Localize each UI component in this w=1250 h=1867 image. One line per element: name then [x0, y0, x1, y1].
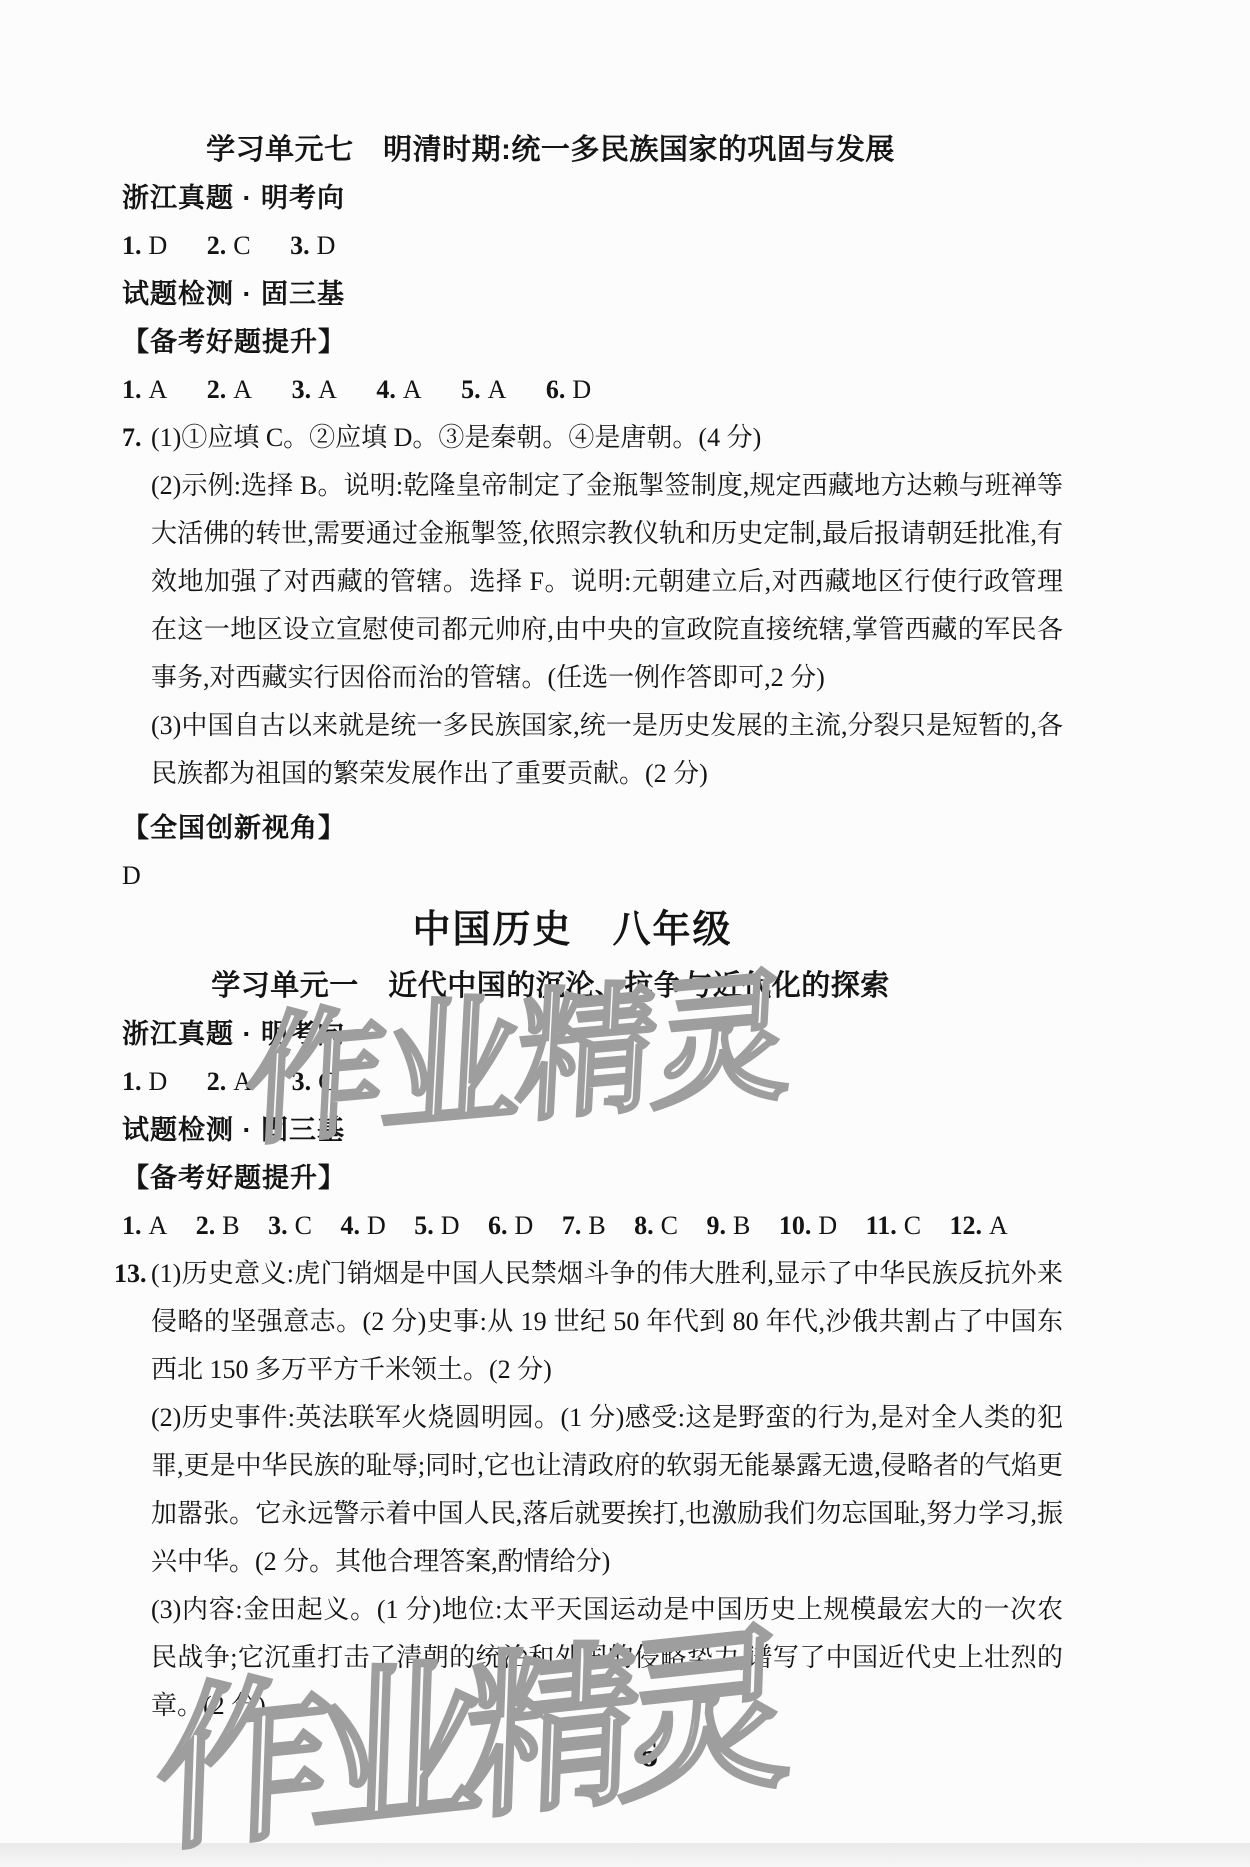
- solution-line: 兴中华。(2 分。其他合理答案,酌情给分): [151, 1538, 1063, 1586]
- answer-letter: A: [233, 375, 252, 404]
- question-13-solution: 13. (1)历史意义:虎门销烟是中国人民禁烟斗争的伟大胜利,显示了中华民族反抗…: [122, 1250, 1063, 1730]
- answer-number: 3.: [268, 1211, 288, 1240]
- beikao-answer-row-g7: 1.A 2.A 3.A 4.A 5.A 6.D: [122, 366, 1063, 414]
- answer-number: 7.: [562, 1211, 582, 1240]
- grade8-section: 中国历史 八年级 学习单元一 近代中国的沉沦、抗争与近代化的探索 浙江真题 · …: [122, 904, 1063, 1730]
- answer-number: 12.: [950, 1211, 983, 1240]
- answer-letter: B: [222, 1211, 239, 1240]
- solution-line: 在这一地区设立宣慰使司都元帅府,由中央的宣政院直接统辖,掌管西藏的军民各项: [151, 606, 1063, 654]
- answer-item: 2.A: [207, 366, 252, 414]
- jiance-header-g8: 试题检测 · 固三基: [122, 1106, 1063, 1154]
- beikao-header-g7: 【备考好题提升】: [122, 318, 1063, 366]
- answer-number: 9.: [707, 1211, 727, 1240]
- answer-number: 1.: [122, 1067, 142, 1096]
- answer-number: 1.: [122, 375, 142, 404]
- answer-item: 12.A: [950, 1202, 1008, 1250]
- answer-item: 2.C: [207, 222, 251, 270]
- solution-line: 效地加强了对西藏的管辖。选择 F。说明:元朝建立后,对西藏地区行使行政管理权,: [151, 558, 1063, 606]
- answer-item: 4.D: [340, 1202, 385, 1250]
- answer-number: 11.: [866, 1211, 897, 1240]
- answer-item: 6.D: [546, 366, 591, 414]
- answer-letter: D: [367, 1211, 386, 1240]
- answer-letter: D: [818, 1211, 837, 1240]
- solution-line: 章。(2 分): [151, 1682, 1063, 1730]
- solution-line: 西北 150 多万平方千米领土。(2 分): [151, 1346, 1063, 1394]
- chuangxin-header-g7: 【全国创新视角】: [122, 804, 1063, 852]
- answer-number: 4.: [340, 1211, 360, 1240]
- solution-line: 民族都为祖国的繁荣发展作出了重要贡献。(2 分): [151, 750, 1063, 798]
- answer-letter: B: [588, 1211, 605, 1240]
- answer-item: 8.C: [634, 1202, 678, 1250]
- answer-item: 3.A: [292, 366, 337, 414]
- solution-line: 事务,对西藏实行因俗而治的管辖。(任选一例作答即可,2 分): [151, 654, 1063, 702]
- answer-item: 1.A: [122, 1202, 167, 1250]
- unit7-title: 学习单元七 明清时期:统一多民族国家的巩固与发展: [80, 126, 1021, 174]
- answer-item: 1.A: [122, 366, 167, 414]
- answer-letter: B: [733, 1211, 750, 1240]
- answer-key-page: 学习单元七 明清时期:统一多民族国家的巩固与发展 浙江真题 · 明考向 1.D …: [0, 0, 1250, 1867]
- answer-number: 4.: [376, 375, 396, 404]
- answer-item: 11.C: [866, 1202, 921, 1250]
- answer-letter: C: [318, 1067, 335, 1096]
- answer-letter: C: [295, 1211, 312, 1240]
- solution-line: 大活佛的转世,需要通过金瓶掣签,依照宗教仪轨和历史定制,最后报请朝廷批准,有: [151, 510, 1063, 558]
- answer-item: 5.A: [461, 366, 506, 414]
- answer-letter: D: [149, 1067, 168, 1096]
- beikao-header-g8: 【备考好题提升】: [122, 1154, 1063, 1202]
- solution-line: 民战争;它沉重打击了清朝的统治和外国的侵略势力,谱写了中国近代史上壮烈的一: [151, 1634, 1063, 1682]
- answer-number: 3.: [290, 231, 310, 260]
- answer-item: 6.D: [488, 1202, 533, 1250]
- answer-number: 5.: [461, 375, 481, 404]
- answer-number: 2.: [207, 1067, 227, 1096]
- answer-item: 1.D: [122, 1058, 167, 1106]
- solution-line: (3)中国自古以来就是统一多民族国家,统一是历史发展的主流,分裂只是短暂的,各: [151, 702, 1063, 750]
- solution-line: 侵略的坚强意志。(2 分)史事:从 19 世纪 50 年代到 80 年代,沙俄共…: [151, 1298, 1063, 1346]
- answer-item: 5.D: [414, 1202, 459, 1250]
- answer-item: 2.A: [207, 1058, 252, 1106]
- solution-line: (3)内容:金田起义。(1 分)地位:太平天国运动是中国历史上规模最宏大的一次农: [151, 1586, 1063, 1634]
- answer-item: 4.A: [376, 366, 421, 414]
- zhenti-header-g7: 浙江真题 · 明考向: [122, 174, 1063, 222]
- zhenti-header-g8: 浙江真题 · 明考向: [122, 1010, 1063, 1058]
- answer-item: 7.B: [562, 1202, 606, 1250]
- answer-number: 1.: [122, 231, 142, 260]
- answer-item: 3.D: [290, 222, 335, 270]
- answer-number: 2.: [207, 231, 227, 260]
- answer-number: 3.: [292, 1067, 312, 1096]
- grade7-section: 学习单元七 明清时期:统一多民族国家的巩固与发展 浙江真题 · 明考向 1.D …: [122, 126, 1063, 900]
- answer-letter: C: [233, 231, 250, 260]
- answer-letter: D: [572, 375, 591, 404]
- answer-number: 3.: [292, 375, 312, 404]
- answer-item: 2.B: [196, 1202, 240, 1250]
- unit1-title: 学习单元一 近代中国的沉沦、抗争与近代化的探索: [80, 962, 1021, 1010]
- answer-letter: C: [661, 1211, 678, 1240]
- page-content: 学习单元七 明清时期:统一多民族国家的巩固与发展 浙江真题 · 明考向 1.D …: [122, 0, 1063, 1778]
- answer-letter: D: [441, 1211, 460, 1240]
- answer-letter: A: [233, 1067, 252, 1096]
- grade8-book-title: 中国历史 八年级: [102, 904, 1043, 956]
- page-bottom-edge: [0, 1843, 1250, 1867]
- answer-item: 3.C: [292, 1058, 336, 1106]
- solution-line: (2)示例:选择 B。说明:乾隆皇帝制定了金瓶掣签制度,规定西藏地方达赖与班禅等: [151, 462, 1063, 510]
- answer-letter: A: [403, 375, 422, 404]
- chuangxin-answer-g7: D: [122, 852, 1063, 900]
- answer-letter: A: [318, 375, 337, 404]
- answer-number: 6.: [546, 375, 566, 404]
- answer-letter: A: [488, 375, 507, 404]
- question-7-solution: 7. (1)①应填 C。②应填 D。③是秦朝。④是唐朝。(4 分) (2)示例:…: [122, 414, 1063, 798]
- solution-line: (1)①应填 C。②应填 D。③是秦朝。④是唐朝。(4 分): [151, 414, 1063, 462]
- answer-number: 8.: [634, 1211, 654, 1240]
- answer-letter: A: [149, 1211, 168, 1240]
- question-number: 7.: [122, 414, 142, 462]
- answer-item: 10.D: [779, 1202, 837, 1250]
- answer-letter: A: [989, 1211, 1008, 1240]
- zhenti-answer-row-g8: 1.D 2.A 3.C: [122, 1058, 1063, 1106]
- answer-letter: D: [515, 1211, 534, 1240]
- question-number: 13.: [114, 1250, 147, 1298]
- jiance-header-g7: 试题检测 · 固三基: [122, 270, 1063, 318]
- answer-item: 3.C: [268, 1202, 312, 1250]
- answer-number: 2.: [196, 1211, 216, 1240]
- answer-number: 10.: [779, 1211, 812, 1240]
- answer-item: 9.B: [707, 1202, 751, 1250]
- answer-letter: A: [149, 375, 168, 404]
- solution-line: 加嚣张。它永远警示着中国人民,落后就要挨打,也激励我们勿忘国耻,努力学习,振: [151, 1490, 1063, 1538]
- answer-number: 1.: [122, 1211, 142, 1240]
- page-number: 6: [178, 1730, 1119, 1778]
- answer-number: 6.: [488, 1211, 508, 1240]
- answer-number: 5.: [414, 1211, 434, 1240]
- answer-letter: D: [149, 231, 168, 260]
- solution-line: (1)历史意义:虎门销烟是中国人民禁烟斗争的伟大胜利,显示了中华民族反抗外来: [151, 1250, 1063, 1298]
- answer-item: 1.D: [122, 222, 167, 270]
- solution-line: 罪,更是中华民族的耻辱;同时,它也让清政府的软弱无能暴露无遗,侵略者的气焰更: [151, 1442, 1063, 1490]
- answer-letter: D: [317, 231, 336, 260]
- answer-letter: C: [904, 1211, 921, 1240]
- answer-number: 2.: [207, 375, 227, 404]
- solution-line: (2)历史事件:英法联军火烧圆明园。(1 分)感受:这是野蛮的行为,是对全人类的…: [151, 1394, 1063, 1442]
- beikao-answer-row-g8: 1.A 2.B 3.C 4.D 5.D 6.D 7.B 8.C 9.B 10.D…: [122, 1202, 1063, 1250]
- zhenti-answer-row-g7: 1.D 2.C 3.D: [122, 222, 1063, 270]
